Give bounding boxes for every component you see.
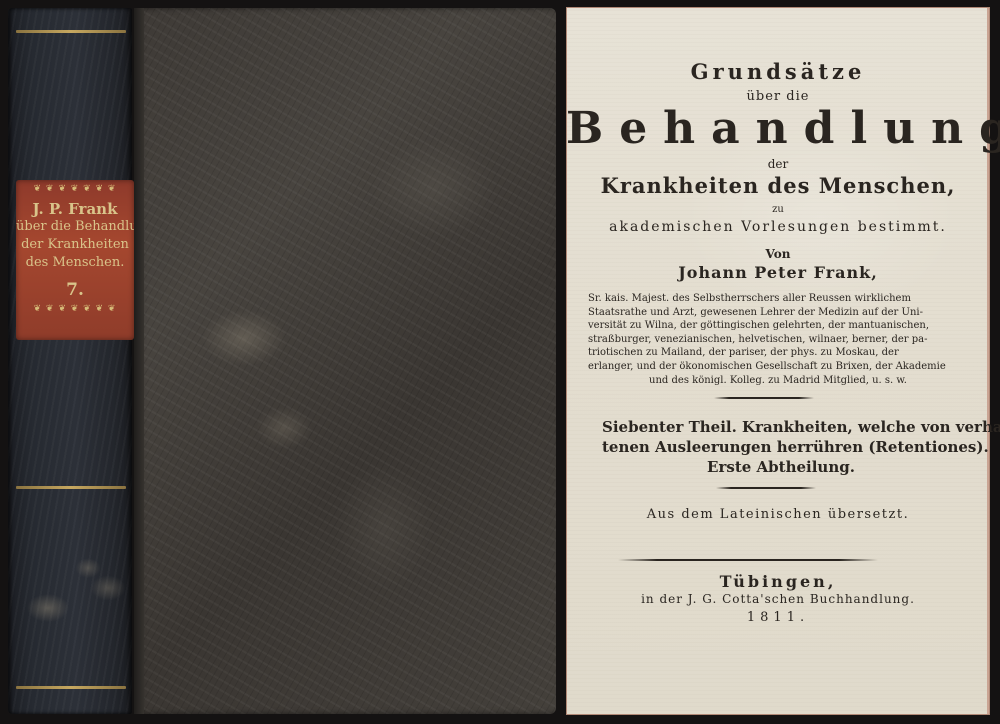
spine-title-line: über die Behandlung [16,218,134,236]
part-description: Siebenter Theil. Krankheiten, welche von… [602,417,960,477]
spine-author: J. P. Frank [16,200,134,218]
part-line: Siebenter Theil. Krankheiten, welche von… [602,417,960,437]
gilt-rule-bottom [16,686,126,689]
divider-rule-long [618,559,878,561]
front-cover [134,8,556,714]
label-ornament-top: ❦ ❦ ❦ ❦ ❦ ❦ ❦ [16,184,134,194]
title-zu: zu [566,204,990,215]
credential-line: versität zu Wilna, der göttingischen gel… [588,319,968,333]
credential-line: erlanger, und der ökonomischen Gesellsch… [588,360,968,374]
part-line: tenen Ausleerungen herrühren (Retentione… [602,437,960,457]
spine-title-line: des Menschen. [16,254,134,272]
title-page: Grundsätze über die Behandlung der Krank… [566,7,990,715]
spine-volume-number: 7. [16,280,134,300]
cover-hinge [134,8,144,714]
label-ornament-bottom: ❦ ❦ ❦ ❦ ❦ ❦ ❦ [16,304,134,314]
credential-line: triotischen zu Mailand, der pariser, der… [588,346,968,360]
divider-rule [714,397,814,399]
author-credentials: Sr. kais. Majest. des Selbstherrschers a… [588,292,968,387]
author-name: Johann Peter Frank, [566,263,990,282]
title-behandlung: Behandlung [566,103,990,154]
title-krankheiten: Krankheiten des Menschen, [566,173,990,198]
credential-line: straßburger, venezianischen, helvetische… [588,333,968,347]
spine-label: ❦ ❦ ❦ ❦ ❦ ❦ ❦ J. P. Frank über die Behan… [16,180,134,340]
title-grundsaetze: Grundsätze [566,59,990,84]
credential-line: und des königl. Kolleg. zu Madrid Mitgli… [588,374,968,388]
gilt-rule-top [16,30,126,33]
book-spine: ❦ ❦ ❦ ❦ ❦ ❦ ❦ J. P. Frank über die Behan… [8,8,132,714]
part-line: Erste Abtheilung. [602,457,960,477]
by-line: Von [566,247,990,261]
title-ueber-die: über die [566,89,990,104]
gilt-rule-middle [16,486,126,489]
imprint-year: 1811. [566,610,990,625]
imprint-publisher: in der J. G. Cotta'schen Buchhandlung. [566,592,990,606]
spine-title-line: der Krankheiten [16,236,134,254]
credential-line: Staatsrathe und Arzt, gewesenen Lehrer d… [588,306,968,320]
title-akademischen: akademischen Vorlesungen bestimmt. [566,219,990,235]
translation-note: Aus dem Lateinischen übersetzt. [566,507,990,522]
title-der: der [566,157,990,171]
divider-rule [716,487,816,489]
credential-line: Sr. kais. Majest. des Selbstherrschers a… [588,292,968,306]
imprint-city: Tübingen, [566,572,990,591]
